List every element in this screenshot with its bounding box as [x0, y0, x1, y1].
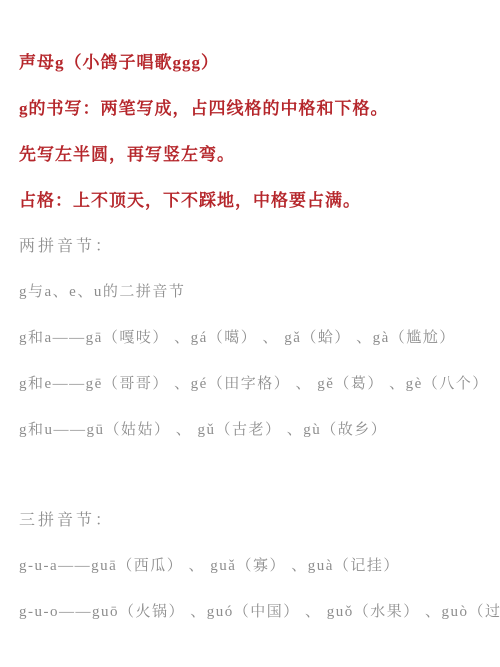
two-pinyin-entry-ge: g和e——gē（哥哥） 、gé（田字格） 、 gě（葛） 、gè（八个） [19, 359, 490, 405]
section-heading-three-pinyin: 三拼音节： [19, 495, 490, 541]
page-title: 声母g（小鸽子唱歌ggg） [19, 37, 490, 83]
section-heading-two-pinyin: 两拼音节： [19, 221, 490, 267]
three-pinyin-entry-guo: g-u-o——guō（火锅） 、guó（中国） 、 guǒ（水果） 、guò（过… [19, 587, 490, 633]
writing-rule-placement: 占格：上不顶天，下不踩地，中格要占满。 [19, 175, 490, 221]
two-pinyin-entry-gu: g和u——gū（姑姑） 、 gǔ（古老） 、gù（故乡） [19, 405, 490, 451]
writing-rule-strokes: g的书写：两笔写成，占四线格的中格和下格。 [19, 83, 490, 129]
three-pinyin-entry-gua: g-u-a——guā（西瓜） 、 guǎ（寡） 、guà（记挂） [19, 541, 490, 587]
two-pinyin-entry-ga: g和a——gā（嘎吱） 、gá（噶） 、 gǎ（蛤） 、gà（尴尬） [19, 313, 490, 359]
section-spacer [19, 451, 490, 495]
two-pinyin-intro: g与a、e、u的二拼音节 [19, 267, 490, 313]
pinyin-notes-page: 声母g（小鸽子唱歌ggg） g的书写：两笔写成，占四线格的中格和下格。 先写左半… [0, 0, 500, 667]
writing-rule-order: 先写左半圆，再写竖左弯。 [19, 129, 490, 175]
